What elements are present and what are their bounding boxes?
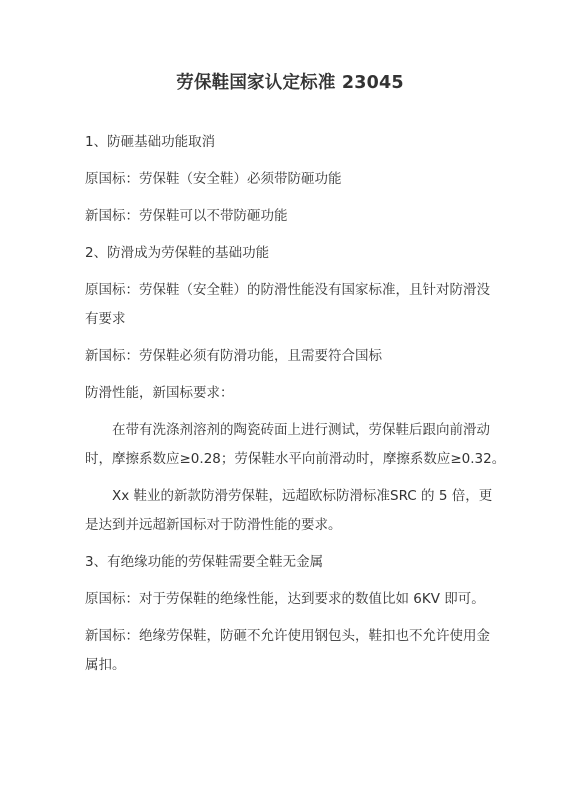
paragraph: 1、防砸基础功能取消 [85, 128, 495, 157]
text-line: 原国标：劳保鞋（安全鞋）的防滑性能没有国家标准，且针对防滑没 [85, 276, 495, 305]
document-title: 劳保鞋国家认定标准 23045 [85, 72, 495, 94]
paragraph: 原国标：劳保鞋（安全鞋）的防滑性能没有国家标准，且针对防滑没有要求 [85, 276, 495, 334]
text-line: 新国标：绝缘劳保鞋，防砸不允许使用钢包头，鞋扣也不允许使用金 [85, 622, 495, 651]
text-line: 新国标：劳保鞋必须有防滑功能，且需要符合国标 [85, 342, 495, 371]
paragraph: 新国标：绝缘劳保鞋，防砸不允许使用钢包头，鞋扣也不允许使用金属扣。 [85, 622, 495, 680]
paragraph: 在带有洗涤剂溶剂的陶瓷砖面上进行测试，劳保鞋后跟向前滑动时，摩擦系数应≥0.28… [85, 416, 495, 474]
text-line: 3、有绝缘功能的劳保鞋需要全鞋无金属 [85, 548, 495, 577]
text-line: 2、防滑成为劳保鞋的基础功能 [85, 239, 495, 268]
text-line: 原国标：对于劳保鞋的绝缘性能，达到要求的数值比如 6KV 即可。 [85, 585, 495, 614]
document-body: 1、防砸基础功能取消原国标：劳保鞋（安全鞋）必须带防砸功能新国标：劳保鞋可以不带… [85, 128, 495, 680]
paragraph: Xx 鞋业的新款防滑劳保鞋，远超欧标防滑标准SRC 的 5 倍，更是达到并远超新… [85, 482, 495, 540]
paragraph: 新国标：劳保鞋可以不带防砸功能 [85, 202, 495, 231]
text-line: 有要求 [85, 305, 495, 334]
paragraph: 防滑性能，新国标要求： [85, 379, 495, 408]
text-line: 原国标：劳保鞋（安全鞋）必须带防砸功能 [85, 165, 495, 194]
text-line: Xx 鞋业的新款防滑劳保鞋，远超欧标防滑标准SRC 的 5 倍，更 [85, 482, 495, 511]
paragraph: 2、防滑成为劳保鞋的基础功能 [85, 239, 495, 268]
document-page: 劳保鞋国家认定标准 23045 1、防砸基础功能取消原国标：劳保鞋（安全鞋）必须… [0, 0, 565, 800]
text-line: 新国标：劳保鞋可以不带防砸功能 [85, 202, 495, 231]
paragraph: 原国标：劳保鞋（安全鞋）必须带防砸功能 [85, 165, 495, 194]
paragraph: 3、有绝缘功能的劳保鞋需要全鞋无金属 [85, 548, 495, 577]
text-line: 1、防砸基础功能取消 [85, 128, 495, 157]
text-line: 防滑性能，新国标要求： [85, 379, 495, 408]
text-line: 是达到并远超新国标对于防滑性能的要求。 [85, 511, 495, 540]
paragraph: 原国标：对于劳保鞋的绝缘性能，达到要求的数值比如 6KV 即可。 [85, 585, 495, 614]
text-line: 属扣。 [85, 651, 495, 680]
text-line: 在带有洗涤剂溶剂的陶瓷砖面上进行测试，劳保鞋后跟向前滑动 [85, 416, 495, 445]
text-line: 时，摩擦系数应≥0.28；劳保鞋水平向前滑动时，摩擦系数应≥0.32。 [85, 445, 495, 474]
paragraph: 新国标：劳保鞋必须有防滑功能，且需要符合国标 [85, 342, 495, 371]
